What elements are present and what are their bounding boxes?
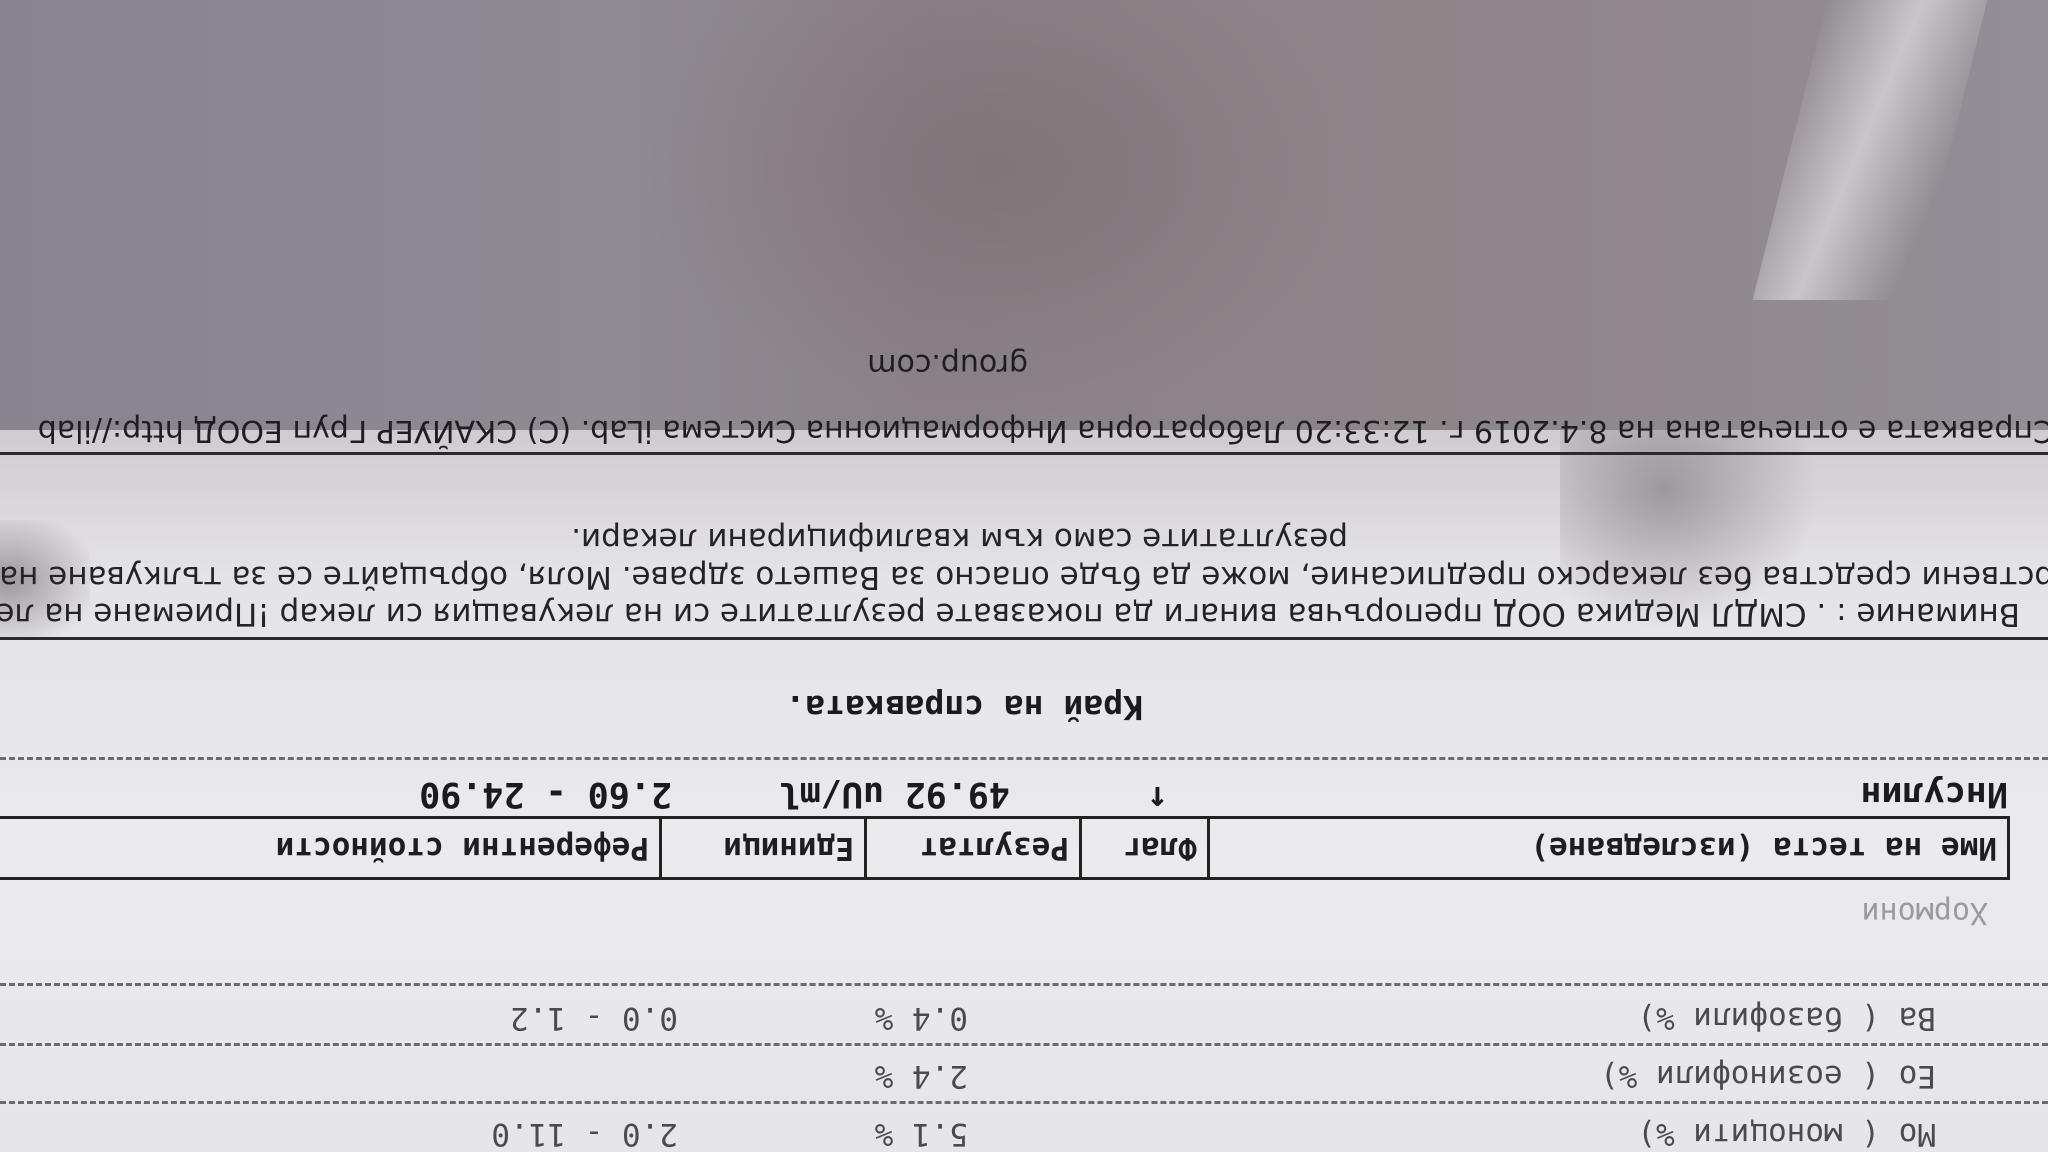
- section-title-hormones: Хормони: [1862, 895, 1988, 930]
- lab-report-document: Mo ( моноцити %) 5.1 % 2.0 - 11.0 Eo ( е…: [0, 0, 2048, 1152]
- flag-high-arrow-icon: ↑: [1147, 778, 1168, 818]
- row-separator: [0, 983, 2048, 986]
- row-eo-name: Eo ( еозинофили %): [1600, 1058, 1936, 1094]
- print-footer-line-2: group.com: [867, 347, 1028, 382]
- row-insulin-result: 49.92: [905, 774, 1010, 814]
- row-mo-result: 5.1 %: [875, 1116, 968, 1152]
- row-insulin-reference: 2.60 - 24.90: [419, 774, 672, 814]
- row-insulin-name: Инсулин: [1860, 774, 2008, 814]
- row-ba-reference: 0.0 - 1.2: [510, 1000, 678, 1036]
- results-table-header: Име на теста (изследване) Флаг Резултат …: [0, 816, 2010, 880]
- header-flag: Флаг: [1079, 819, 1207, 877]
- warning-line-3: резултатите само към квалифицирани лекар…: [571, 521, 1348, 557]
- end-of-report-title: Край на справката.: [785, 688, 1143, 727]
- header-result: Резултат: [864, 819, 1079, 877]
- row-separator: [0, 757, 2048, 760]
- header-test-name: Име на теста (изследване): [1207, 819, 2007, 877]
- header-reference: Референтни стойности: [0, 819, 659, 877]
- row-separator: [0, 1043, 2048, 1046]
- section-divider: [0, 637, 2048, 640]
- warning-line-2: рствени средства без лекарско предписани…: [0, 559, 2048, 595]
- warning-line-1: Внимание : . СМДЛ Медика ООД препоръчва …: [0, 596, 2020, 632]
- row-mo-reference: 2.0 - 11.0: [491, 1116, 678, 1152]
- footer-divider: [0, 452, 2048, 455]
- header-units: Единици: [659, 819, 864, 877]
- row-ba-name: Ba ( базофили %): [1637, 1000, 1936, 1036]
- row-ba-result: 0.4 %: [875, 1000, 968, 1036]
- row-mo-name: Mo ( моноцити %): [1637, 1116, 1936, 1152]
- row-eo-result: 2.4 %: [875, 1058, 968, 1094]
- row-separator: [0, 1101, 2048, 1104]
- row-insulin-unit: uU/ml: [779, 774, 884, 814]
- print-footer-line-1: Справката е отпечатана на 8.4.2019 г. 12…: [38, 413, 2048, 448]
